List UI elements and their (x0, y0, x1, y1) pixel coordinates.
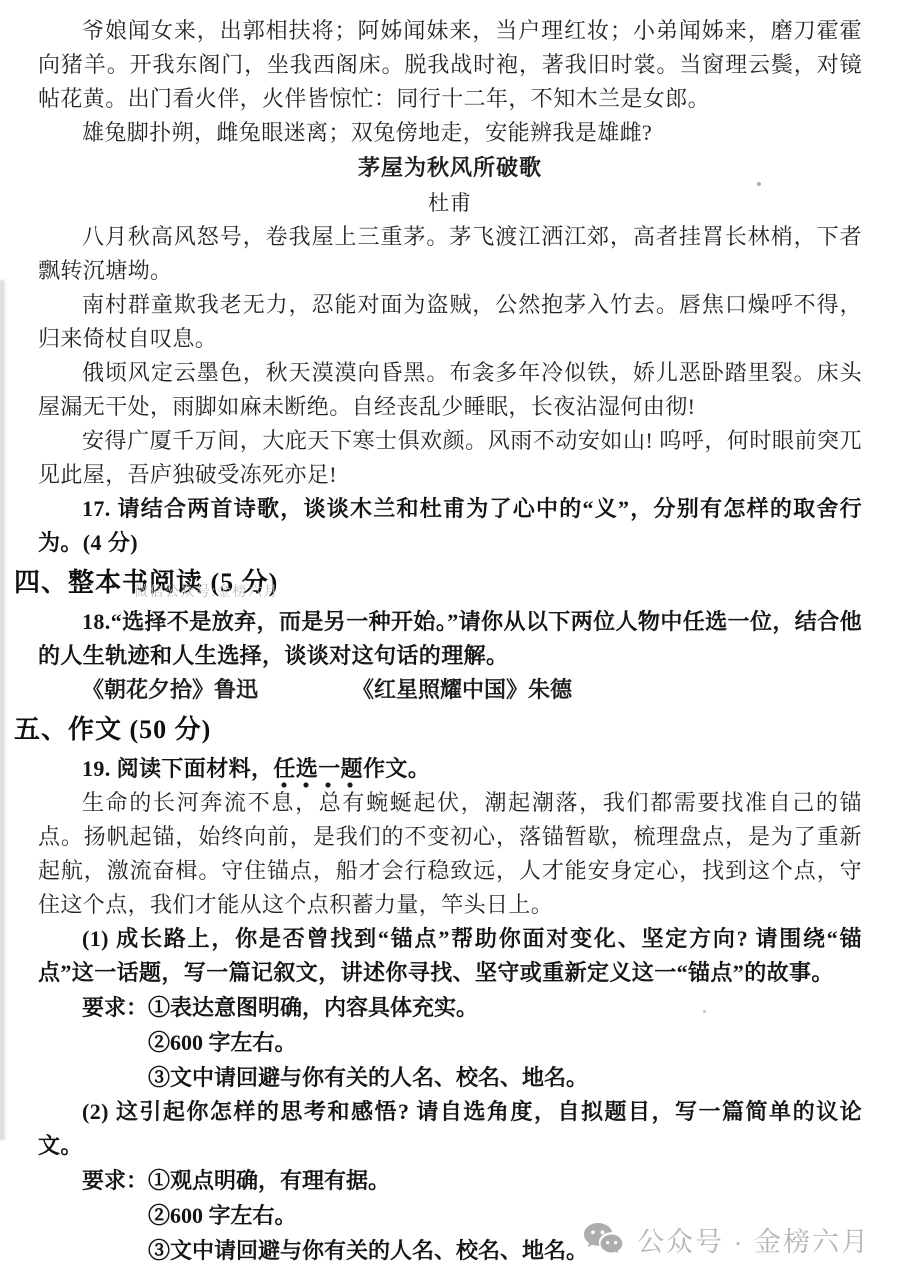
mulan-paragraph-1: 爷娘闻女来，出郭相扶将；阿姊闻妹来，当户理红妆；小弟闻姊来，磨刀霍霍向猪羊。开我… (38, 14, 862, 116)
exam-page: 爷娘闻女来，出郭相扶将；阿姊闻妹来，当户理红妆；小弟闻姊来，磨刀霍霍向猪羊。开我… (0, 0, 900, 1273)
poem-stanza-2: 南村群童欺我老无力，忍能对面为盗贼，公然抱茅入竹去。唇焦口燥呼不得，归来倚杖自叹… (38, 288, 862, 356)
essay-material: 生命的长河奔流不息，总有蜿蜒起伏，潮起潮落，我们都需要找准自己的锚点。扬帆起锚，… (38, 786, 862, 922)
book-options: 《朝花夕拾》鲁迅《红星照耀中国》朱德 (38, 673, 862, 707)
book-option-hongxing: 《红星照耀中国》朱德 (352, 673, 572, 707)
requirement-item: ②600 字左右。 (148, 1025, 862, 1060)
poem-stanza-3: 俄顷风定云墨色，秋天漠漠向昏黑。布衾多年冷似铁，娇儿恶卧踏里裂。床头屋漏无干处，… (38, 356, 862, 424)
requirements-1-items: ①表达意图明确，内容具体充实。 ②600 字左右。 ③文中请回避与你有关的人名、… (148, 990, 862, 1095)
section-5-heading: 五、作文 (50 分) (14, 710, 862, 750)
footer-watermark: 公众号 · 金榜六月 (583, 1220, 870, 1259)
question-19-suffix: 作文。 (363, 756, 430, 781)
question-18: 18.“选择不是放弃，而是另一种开始。”请你从以下两位人物中任选一位，结合他的人… (38, 605, 862, 673)
footer-watermark-text: 公众号 · 金榜六月 (637, 1220, 870, 1259)
requirements-1-label: 要求： (82, 990, 148, 1095)
question-19: 19. 阅读下面材料，任选一题作文。 (38, 752, 862, 786)
question-19-prefix: 19. 阅读下面材料， (82, 756, 273, 781)
poem-title: 茅屋为秋风所破歌 (38, 150, 862, 186)
essay-prompt-2: (2) 这引起你怎样的思考和感悟? 请自选角度，自拟题目，写一篇简单的议论文。 (38, 1095, 862, 1163)
mulan-paragraph-2: 雄兔脚扑朔，雌兔眼迷离；双兔傍地走，安能辨我是雄雌? (38, 116, 862, 150)
poem-stanza-4: 安得广厦千万间，大庇天下寒士俱欢颜。风雨不动安如山! 呜呼，何时眼前突兀见此屋，… (38, 424, 862, 492)
wechat-account-watermark: 微信公众号:金榜六月 (134, 571, 279, 611)
requirement-item: ①观点明确，有理有据。 (148, 1163, 862, 1198)
section-5-heading-label: 五、作文 (50 分) (14, 715, 211, 744)
requirements-2-label: 要求： (82, 1163, 148, 1268)
poem-stanza-1: 八月秋高风怒号，卷我屋上三重茅。茅飞渡江洒江郊，高者挂罥长林梢，下者飘转沉塘坳。 (38, 220, 862, 288)
requirement-item: ③文中请回避与你有关的人名、校名、地名。 (148, 1060, 862, 1095)
question-17: 17. 请结合两首诗歌，谈谈木兰和杜甫为了心中的“义”，分别有怎样的取舍行为。(… (38, 492, 862, 560)
poem-author: 杜甫 (38, 186, 862, 220)
wechat-icon (583, 1222, 625, 1258)
book-option-zhaohuaxishi: 《朝花夕拾》鲁迅 (82, 673, 258, 707)
essay-prompt-1: (1) 成长路上，你是否曾找到“锚点”帮助你面对变化、坚定方向? 请围绕“锚点”… (38, 922, 862, 990)
question-19-emphasized: 任选一题 (273, 756, 363, 788)
requirement-item: ①表达意图明确，内容具体充实。 (148, 990, 862, 1025)
section-4-heading: 四、整本书阅读 (5 分) 微信公众号:金榜六月 (14, 563, 862, 603)
requirements-1: 要求： ①表达意图明确，内容具体充实。 ②600 字左右。 ③文中请回避与你有关… (38, 990, 862, 1095)
